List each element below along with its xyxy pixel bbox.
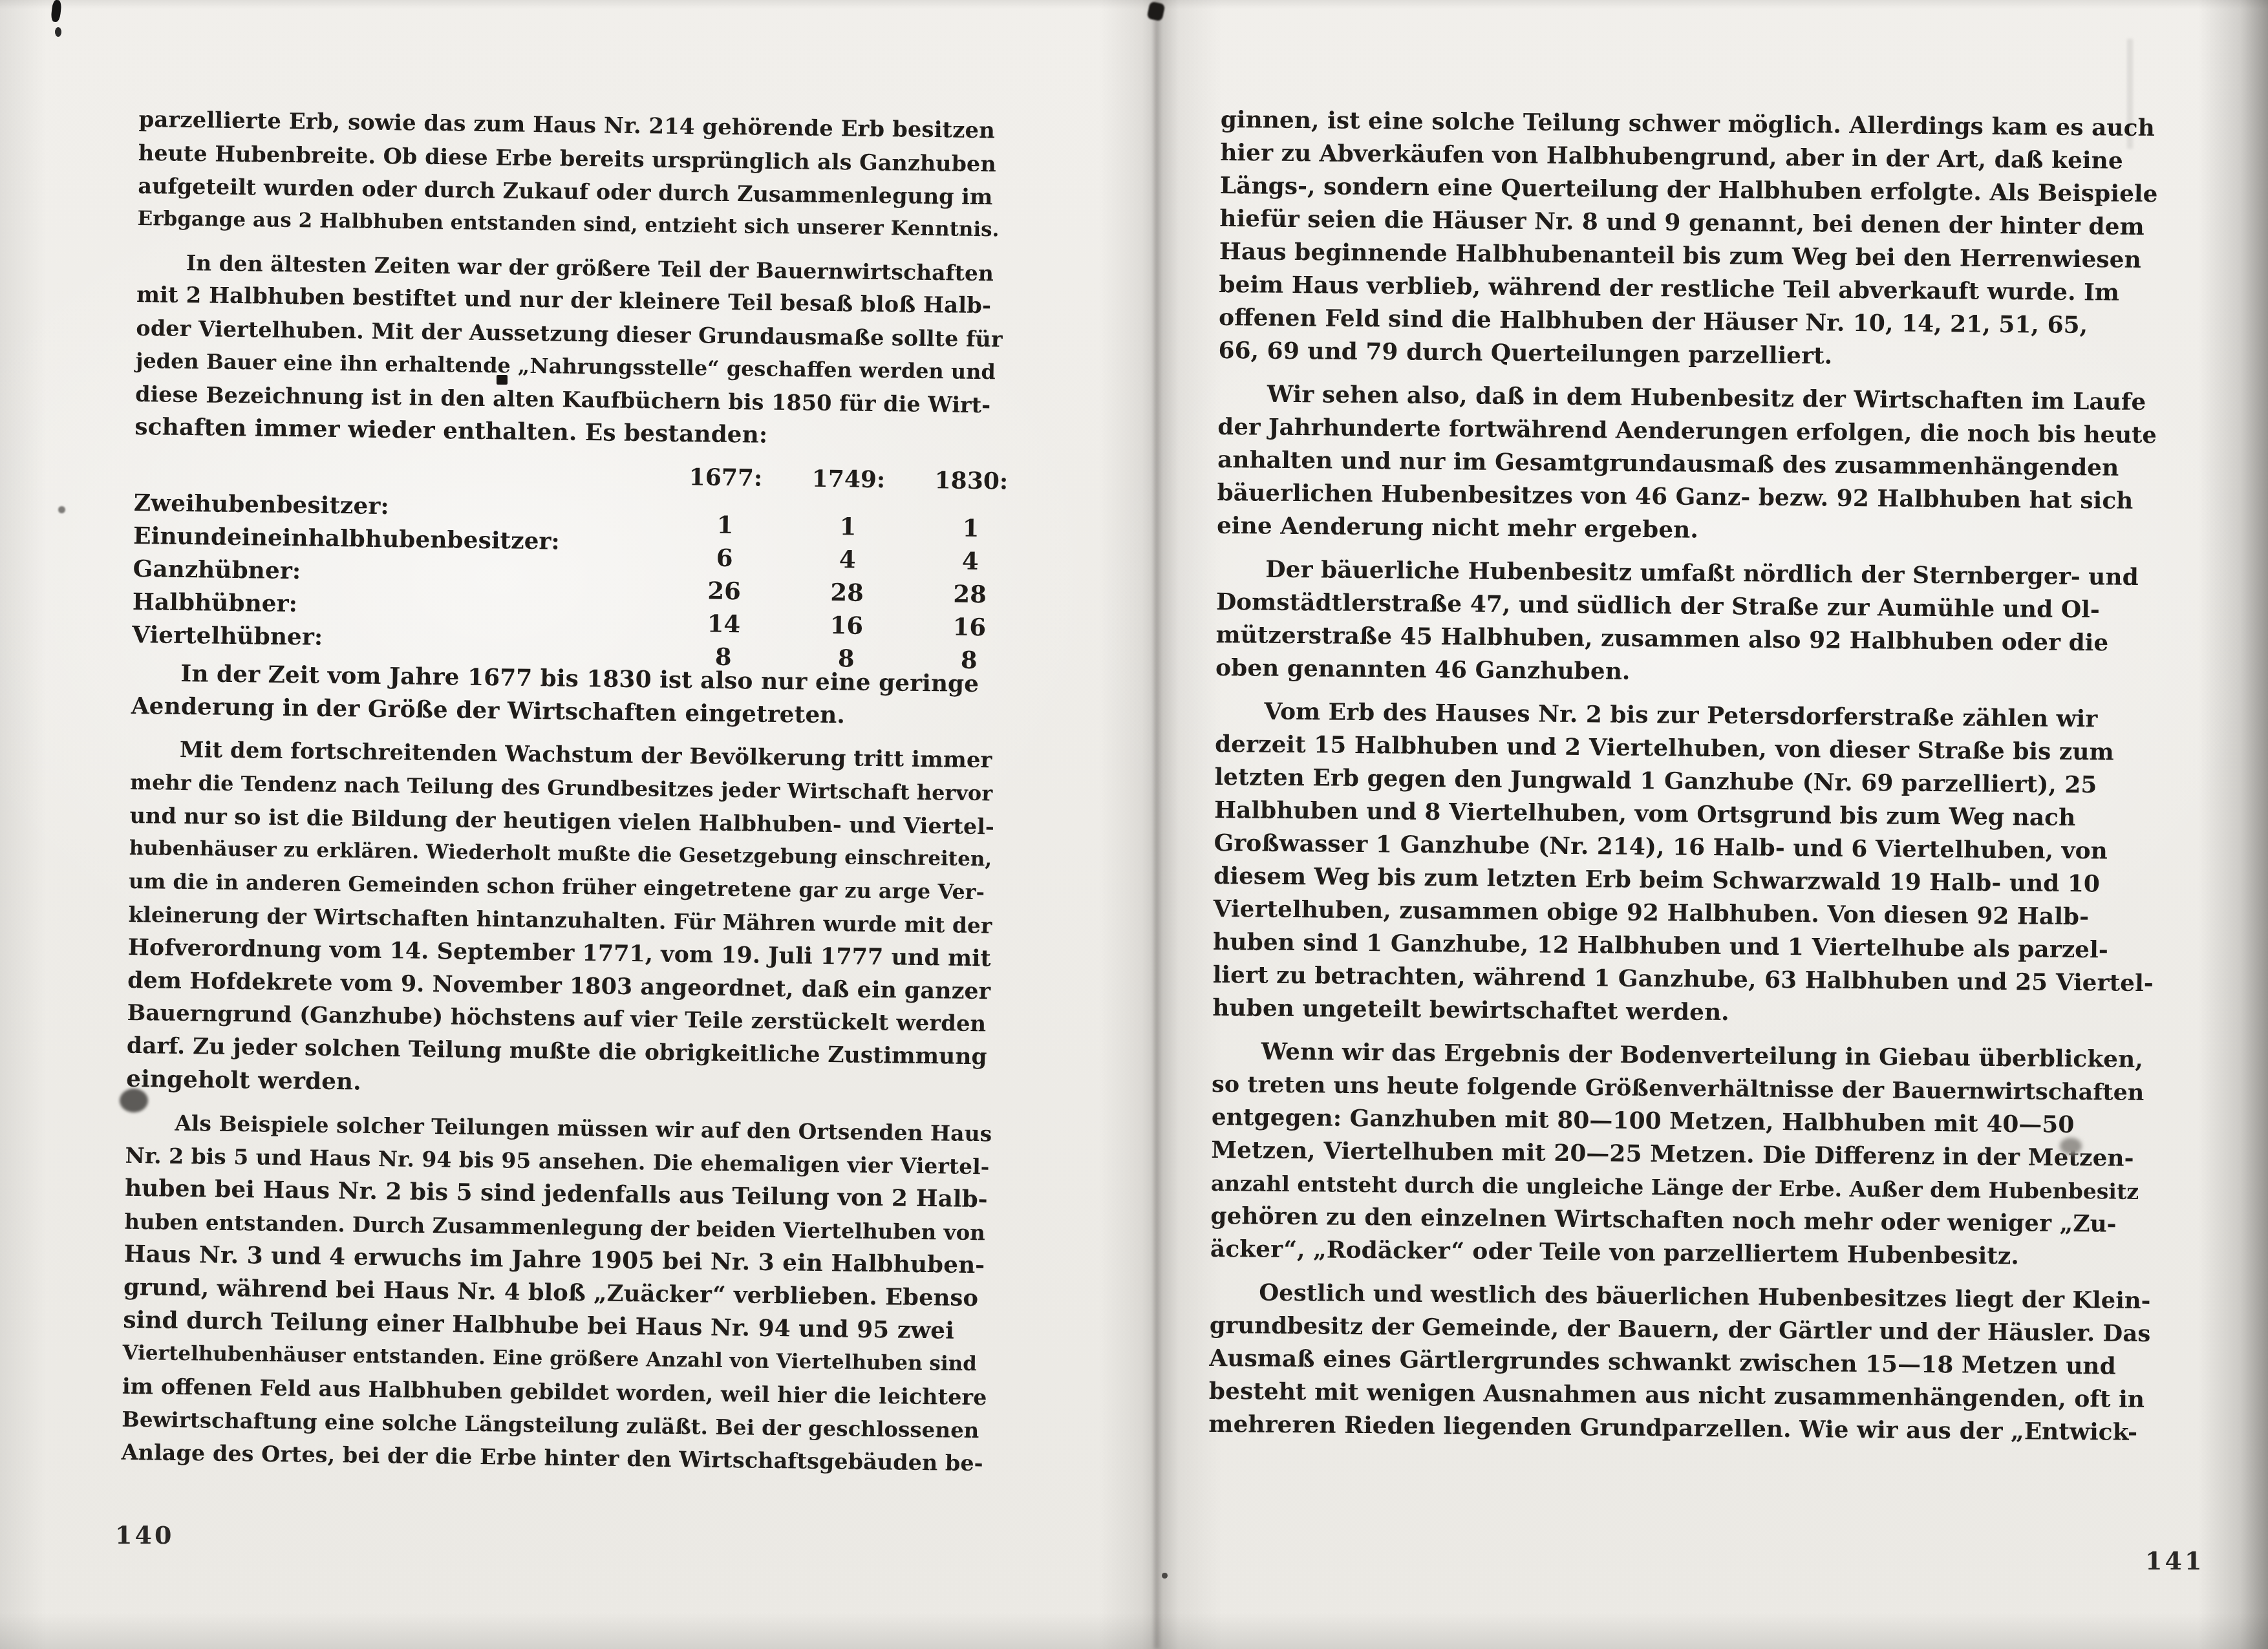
table-cell-value: 8	[908, 643, 1031, 677]
paragraph: ginnen, ist eine solche Teilung schwer m…	[1218, 103, 2161, 376]
table-cell-value: 8	[785, 641, 908, 676]
table-cell-value: 1	[909, 511, 1032, 546]
table-cell-value: 16	[785, 608, 908, 643]
table-cell-value: 1	[663, 508, 787, 542]
gutter-crease	[1155, 0, 1159, 1649]
left-page-text-block: parzellierte Erb, sowie das zum Haus Nr.…	[121, 103, 1005, 1490]
table-year-header: 1830:	[910, 464, 1033, 498]
table-row-label: Viertelhübner:	[132, 619, 663, 659]
table-cell-value: 4	[909, 544, 1032, 579]
huebner-count-table: 1677:1749:1830:Zweihubenbesitzer:111Einu…	[132, 454, 1033, 663]
table-cell-value: 28	[786, 575, 909, 610]
table-cell-value: 6	[663, 541, 787, 575]
table-cell-value: 14	[662, 607, 786, 641]
paragraph: parzellierte Erb, sowie das zum Haus Nr.…	[137, 103, 1005, 247]
top-edge-shadow	[0, 0, 2268, 9]
table-cell-value: 4	[786, 542, 910, 577]
ink-speck	[58, 506, 65, 513]
paragraph: Der bäuerliche Hubenbesitz umfaßt nördli…	[1215, 553, 2157, 693]
scan-corner-mark	[50, 0, 61, 23]
table-year-header: 1677:	[664, 461, 787, 495]
paragraph: Als Beispiele solcher Teilungen müssen w…	[121, 1106, 992, 1480]
paragraph: Mit dem fortschreitenden Wachstum der Be…	[126, 733, 997, 1107]
scan-corner-mark	[55, 27, 61, 37]
gutter-shadow	[1099, 0, 1222, 1649]
scan-gutter-mark	[1146, 1, 1165, 21]
paragraph: Wenn wir das Ergebnis der Bodenverteilun…	[1210, 1035, 2153, 1274]
book-page-spread: parzellierte Erb, sowie das zum Haus Nr.…	[0, 0, 2268, 1649]
paragraph: Oestlich und westlich des bäuerlichen Hu…	[1208, 1276, 2150, 1449]
left-edge-shadow	[0, 0, 47, 1649]
table-cell-value: 8	[662, 640, 786, 674]
paragraph: Wir sehen also, daß in dem Hubenbesitz d…	[1217, 378, 2159, 551]
right-edge-shadow	[2198, 0, 2268, 1649]
table-cell-value: 16	[908, 610, 1031, 644]
right-page-text-block: ginnen, ist eine solche Teilung schwer m…	[1208, 103, 2161, 1460]
right-page-number: 141	[2145, 1546, 2204, 1575]
bottom-edge-shadow	[0, 1613, 2268, 1649]
ink-speck	[1162, 1573, 1168, 1579]
table-year-header: 1749:	[787, 462, 910, 496]
paragraph: Vom Erb des Hauses Nr. 2 bis zur Petersd…	[1212, 695, 2156, 1033]
left-page-number: 140	[115, 1520, 174, 1549]
table-cell-value: 1	[786, 509, 910, 544]
table-cell-value: 28	[908, 577, 1032, 612]
paragraph: In den ältesten Zeiten war der größere T…	[134, 246, 1003, 455]
table-cell-value: 26	[663, 574, 786, 608]
